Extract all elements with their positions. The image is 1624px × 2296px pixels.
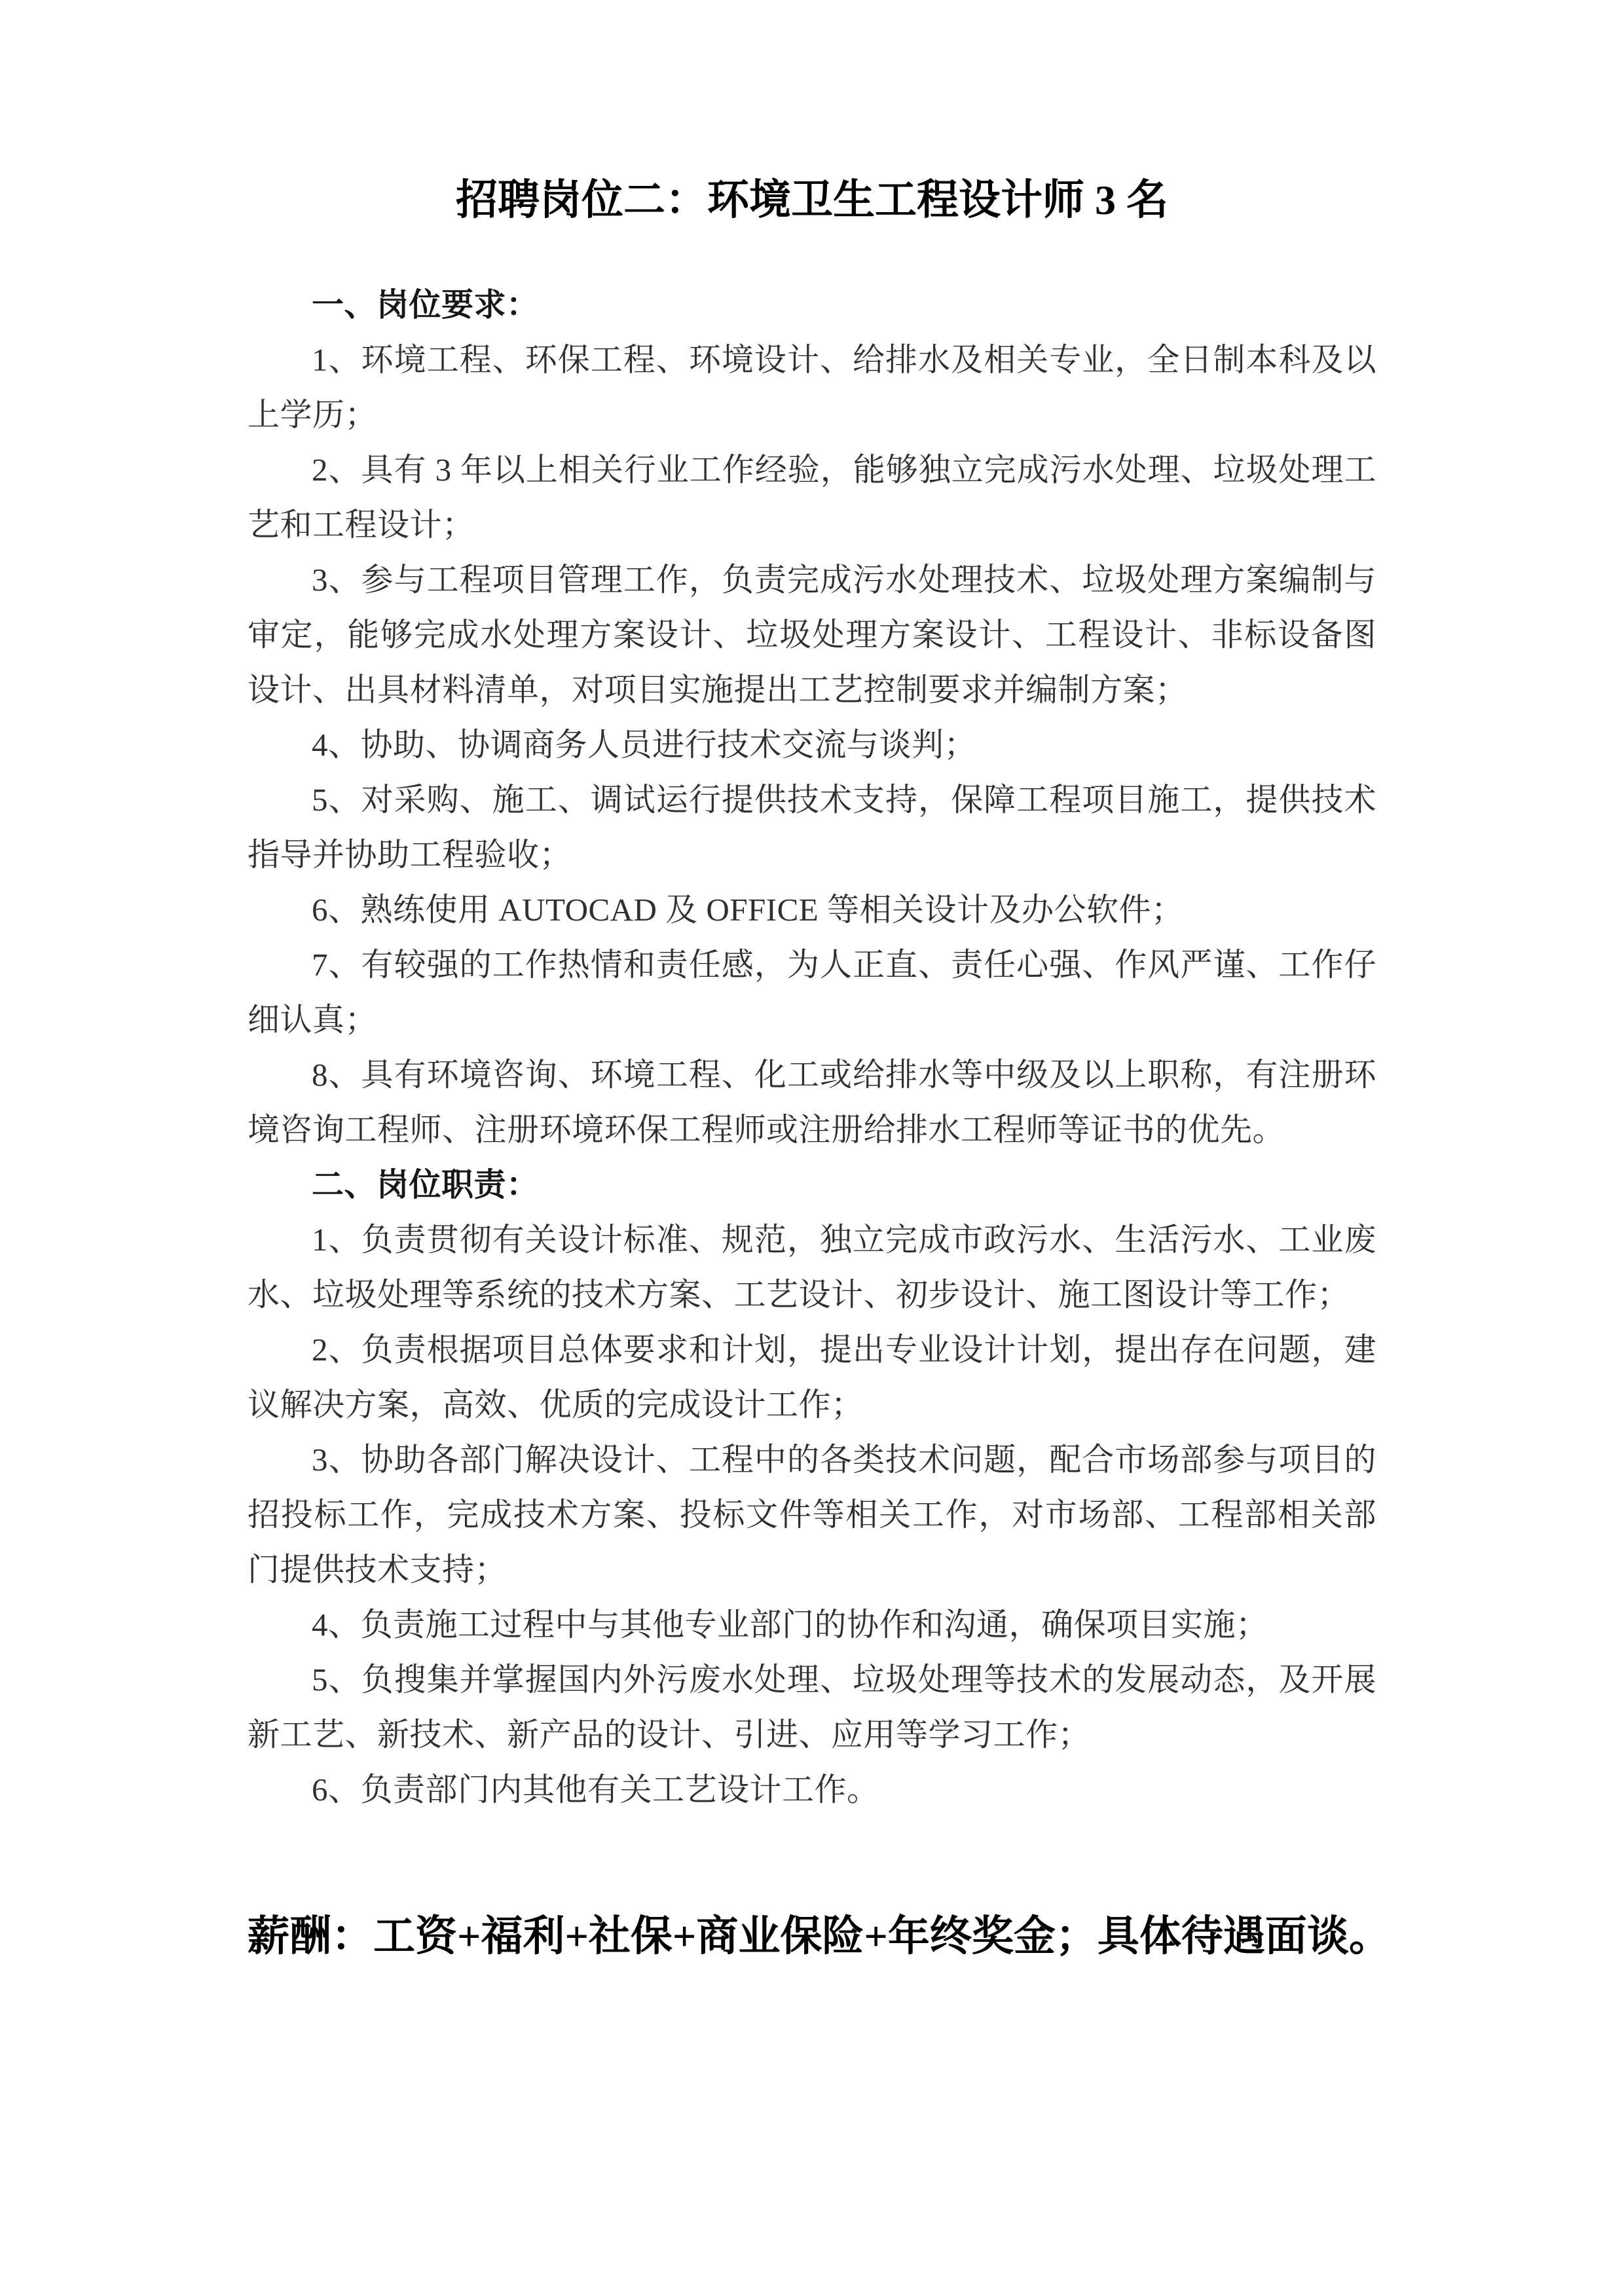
salary-note: 薪酬：工资+福利+社保+商业保险+年终奖金；具体待遇面谈。 bbox=[248, 1903, 1376, 1971]
responsibility-item-2: 2、负责根据项目总体要求和计划，提出专业设计计划，提出存在问题，建议解决方案，高… bbox=[248, 1322, 1376, 1432]
requirement-item-1: 1、环境工程、环保工程、环境设计、给排水及相关专业，全日制本科及以上学历； bbox=[248, 333, 1376, 443]
requirement-item-2: 2、具有 3 年以上相关行业工作经验，能够独立完成污水处理、垃圾处理工艺和工程设… bbox=[248, 443, 1376, 553]
document-page: 招聘岗位二：环境卫生工程设计师 3 名 一、岗位要求： 1、环境工程、环保工程、… bbox=[0, 0, 1624, 2296]
requirement-item-5: 5、对采购、施工、调试运行提供技术支持，保障工程项目施工，提供技术指导并协助工程… bbox=[248, 773, 1376, 883]
document-title: 招聘岗位二：环境卫生工程设计师 3 名 bbox=[248, 169, 1376, 232]
section-heading-requirements: 一、岗位要求： bbox=[248, 278, 1376, 333]
requirement-item-4: 4、协助、协调商务人员进行技术交流与谈判； bbox=[248, 718, 1376, 773]
responsibility-item-3: 3、协助各部门解决设计、工程中的各类技术问题，配合市场部参与项目的招投标工作，完… bbox=[248, 1432, 1376, 1597]
responsibility-item-5: 5、负搜集并掌握国内外污废水处理、垃圾处理等技术的发展动态，及开展新工艺、新技术… bbox=[248, 1652, 1376, 1762]
requirement-item-3: 3、参与工程项目管理工作，负责完成污水处理技术、垃圾处理方案编制与审定，能够完成… bbox=[248, 553, 1376, 718]
responsibility-item-6: 6、负责部门内其他有关工艺设计工作。 bbox=[248, 1762, 1376, 1817]
document-content: 招聘岗位二：环境卫生工程设计师 3 名 一、岗位要求： 1、环境工程、环保工程、… bbox=[248, 169, 1376, 1971]
requirement-item-7: 7、有较强的工作热情和责任感，为人正直、责任心强、作风严谨、工作仔细认真； bbox=[248, 938, 1376, 1048]
responsibility-item-1: 1、负责贯彻有关设计标准、规范，独立完成市政污水、生活污水、工业废水、垃圾处理等… bbox=[248, 1212, 1376, 1322]
responsibility-item-4: 4、负责施工过程中与其他专业部门的协作和沟通，确保项目实施； bbox=[248, 1597, 1376, 1652]
requirement-item-6: 6、熟练使用 AUTOCAD 及 OFFICE 等相关设计及办公软件； bbox=[248, 883, 1376, 938]
section-heading-responsibilities: 二、岗位职责： bbox=[248, 1157, 1376, 1212]
requirement-item-8: 8、具有环境咨询、环境工程、化工或给排水等中级及以上职称，有注册环境咨询工程师、… bbox=[248, 1048, 1376, 1157]
